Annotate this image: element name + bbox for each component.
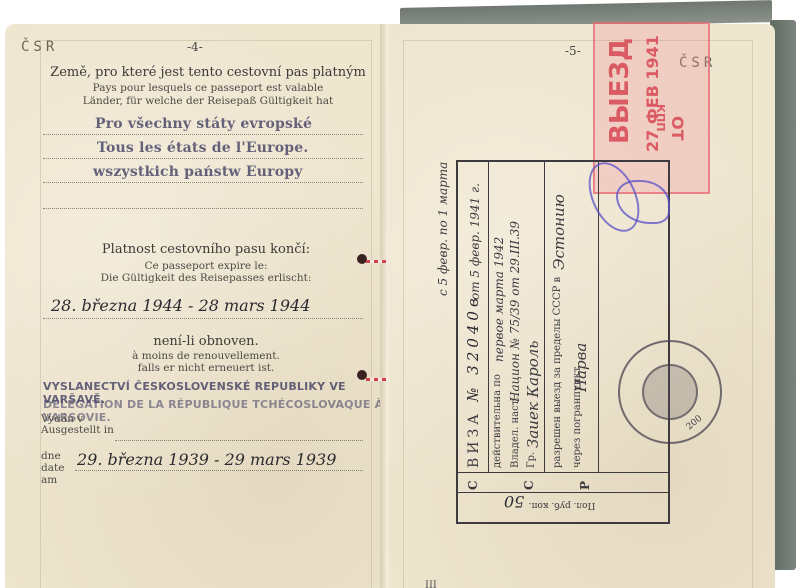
countries-stamp-fr: Tous les états de l'Europe. [97, 140, 308, 156]
dotted-line [43, 318, 363, 319]
perforation-mark: ČSR [21, 40, 58, 54]
visa-divider [488, 162, 489, 472]
visa-permit-label: разрешен выезд за пределы СССР в [552, 277, 563, 468]
countries-label-cs: Země, pro které jest tento cestovní pas … [17, 65, 399, 80]
left-page: -4- ČSR Země, pro které jest tento cesto… [5, 24, 387, 588]
exit-stamp-date: 27 ФЕВ 1941 [643, 35, 662, 152]
countries-stamp-pl: wszystkich państw Europy [93, 164, 303, 180]
visa-fee-label: Пол. руб. коп. [464, 500, 660, 510]
visa-holder-handwritten: Национ № 75/39 от 29.III.39 [508, 221, 522, 402]
visa-citizen-name: Заиек Кароль [524, 341, 542, 448]
visa-divider [544, 162, 545, 472]
issued-label-de: Ausgestellt in [41, 424, 114, 436]
visa-side-note: с 5 февр. по 1 марта [436, 162, 450, 296]
dotted-line [43, 208, 363, 209]
visa-number: № 32040в [464, 294, 482, 401]
countries-label-de: Länder, für welche der Reisepaß Gültigke… [17, 95, 399, 107]
page-number: -5- [565, 44, 581, 58]
date-label-fr: date [41, 462, 64, 474]
exit-stamp-checkpoint: КПП [654, 104, 667, 131]
visa-title-text: ВИЗА [466, 410, 482, 468]
visa-title: ВИЗА № 32040в [464, 294, 482, 468]
expiry-date-handwritten: 28. března 1944 - 28 mars 1944 [51, 296, 310, 315]
dotted-line [43, 182, 363, 183]
visa-permit-destination: Эстонию [550, 194, 568, 270]
visa-series-letter: С [466, 480, 480, 490]
visa-divider [458, 472, 668, 473]
page-number: -4- [187, 40, 203, 54]
date-label-cs: dne [41, 450, 61, 462]
dotted-line [75, 470, 363, 471]
expiry-label-cs: Platnost cestovního pasu končí: [15, 242, 397, 257]
seal-emblem [642, 364, 698, 420]
dotted-line [115, 440, 363, 441]
exit-stamp-code: ОТ [668, 116, 687, 141]
renewal-note-cs: není-li obnoven. [15, 334, 397, 349]
seal-number: 200 [685, 414, 705, 433]
visa-citizen-label: Гр. [526, 452, 537, 468]
visa-validity-handwritten: первое марта 1942 [492, 237, 506, 362]
dotted-line [43, 134, 363, 135]
renewal-note-de: falls er nicht erneuert ist. [15, 362, 397, 374]
expiry-label-de: Die Gültigkeit des Reisepasses erlischt: [15, 272, 397, 284]
militia-seal: 200 [618, 340, 722, 444]
visa-holder-label: Владел. наст. [510, 397, 521, 468]
issue-date-handwritten: 29. března 1939 - 29 mars 1939 [77, 450, 336, 469]
visa-fee-handwritten: 50 [504, 492, 524, 511]
renewal-note-fr: à moins de renouvellement. [15, 350, 397, 362]
visa-issue-date: от 5 февр. 1941 г. [468, 183, 482, 300]
visa-series-letter: Р [578, 481, 592, 490]
date-label-de: am [41, 474, 57, 486]
page-signature-mark: III [425, 580, 437, 588]
dotted-line [43, 158, 363, 159]
visa-validity-label: действительна по [492, 374, 503, 468]
countries-stamp-cs: Pro všechny státy evropské [95, 116, 312, 132]
countries-label-fr: Pays pour lesquels ce passeport est vala… [17, 82, 399, 94]
visa-divider [458, 492, 668, 493]
embassy-stamp-line-2: DÉLÉGATION DE LA RÉPUBLIQUE TCHÉCOSLOVAQ… [43, 398, 387, 424]
visa-series-letter: С [522, 480, 536, 490]
exit-stamp-title: ВЫЕЗД [605, 38, 635, 144]
visa-via-handwritten: Нарва [572, 343, 590, 392]
expiry-label-fr: Ce passeport expire le: [15, 260, 397, 272]
